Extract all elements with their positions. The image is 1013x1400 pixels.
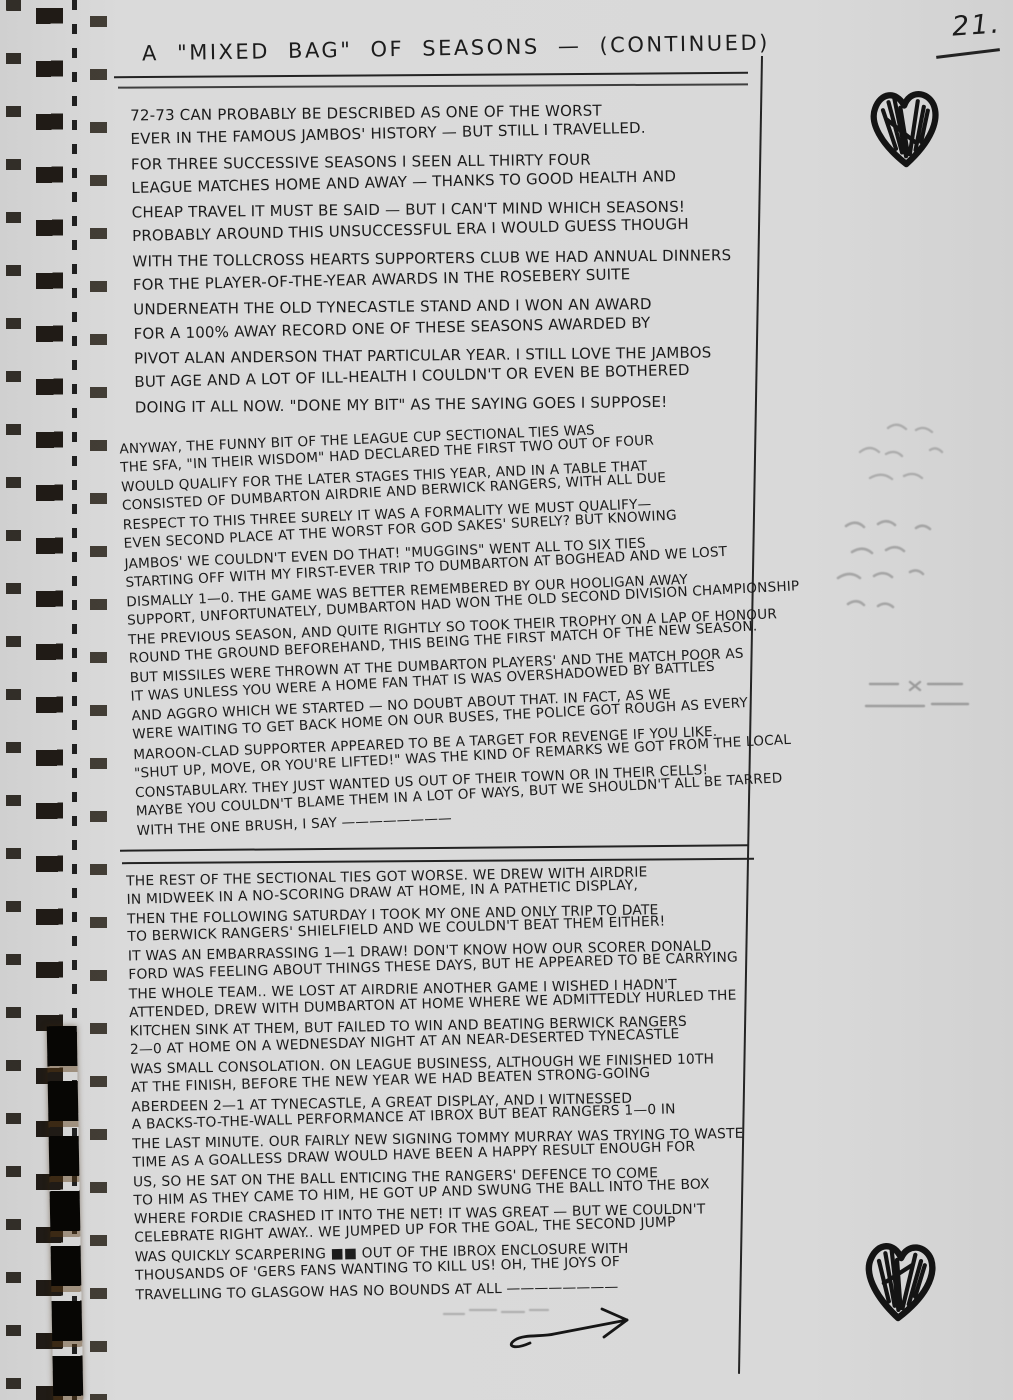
bleed-through-smudge (846, 416, 972, 508)
page-number: 21. (951, 8, 1002, 42)
page-number-underline (936, 48, 1000, 58)
title-underline-2 (118, 83, 748, 88)
bleed-through-smudge (438, 1300, 556, 1326)
heart-doodle-icon (865, 83, 946, 172)
bleed-through-smudge (826, 512, 962, 628)
paragraph-1-continued: ANYWAY, THE FUNNY BIT OF THE LEAGUE CUP … (119, 409, 810, 840)
paragraph-2: THE REST OF THE SECTIONAL TIES GOT WORSE… (126, 858, 747, 1304)
heart-doodle-icon (858, 1234, 942, 1326)
handwritten-line: DOING IT ALL NOW. "DONE MY BIT" AS THE S… (135, 389, 734, 420)
page-title: A "MIXED BAG" OF SEASONS — (CONTINUED) (142, 31, 770, 66)
section-divider-1 (120, 844, 748, 851)
paragraph-1: 72-73 CAN PROBABLY BE DESCRIBED AS ONE O… (130, 94, 734, 419)
bleed-through-smudge (858, 672, 984, 724)
title-underline-1 (114, 72, 748, 78)
